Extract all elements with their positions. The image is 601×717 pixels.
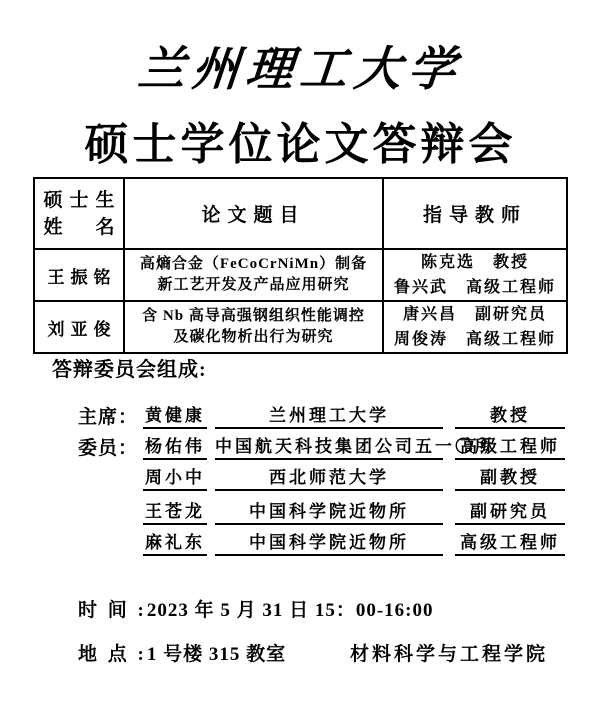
committee-row-member: 周小中 西北师范大学 副教授 — [78, 465, 565, 491]
advisor-2: 周俊涛 高级工程师 — [384, 327, 566, 352]
member-org: 中国科学院近物所 — [215, 497, 443, 525]
advisor-1: 唐兴昌 副研究员 — [384, 302, 566, 327]
committee-row-member: 王苍龙 中国科学院近物所 副研究员 — [78, 499, 565, 525]
chair-label: 主席： — [78, 402, 141, 429]
university-logo-calligraphy: 兰州理工大学 — [0, 32, 601, 99]
member-title: 高级工程师 — [455, 528, 565, 556]
header-student-name-line1: 硕士生 — [35, 187, 123, 214]
member-title: 副教授 — [455, 463, 565, 491]
header-advisor: 指导教师 — [383, 178, 567, 249]
student-name: 刘亚俊 — [34, 301, 124, 353]
committee-row-member: 麻礼东 中国科学院近物所 高级工程师 — [78, 530, 565, 556]
page-title: 硕士学位论文答辩会 — [0, 108, 601, 172]
time-row: 时 间 :2023 年 5 月 31 日 15：00-16:00 — [78, 595, 433, 622]
header-student-name: 硕士生 姓 名 — [34, 178, 124, 249]
table-row: 王振铭 高熵合金（FeCoCrNiMn）制备 新工艺开发及产品应用研究 陈克选 … — [34, 249, 567, 301]
committee-heading: 答辩委员会组成: — [52, 353, 207, 382]
member-name: 周小中 — [143, 463, 207, 491]
member-title: 高级工程师 — [455, 432, 565, 460]
thesis-title-cell: 高熵合金（FeCoCrNiMn）制备 新工艺开发及产品应用研究 — [124, 249, 383, 301]
thesis-title-line2: 及碳化物析出行为研究 — [125, 327, 382, 348]
thesis-title-line1: 高熵合金（FeCoCrNiMn）制备 — [125, 254, 382, 275]
location-value: 1 号楼 315 教室 — [147, 644, 286, 665]
thesis-title-line2: 新工艺开发及产品应用研究 — [125, 275, 382, 296]
member-title: 教授 — [455, 401, 565, 429]
member-org: 中国科学院近物所 — [215, 528, 443, 556]
location-row: 地 点 :1 号楼 315 教室 材料科学与工程学院 — [78, 639, 578, 666]
member-label: 委员： — [78, 433, 141, 460]
thesis-title-cell: 含 Nb 高导高强钢组织性能调控 及碳化物析出行为研究 — [124, 301, 383, 353]
member-name: 王苍龙 — [143, 497, 207, 525]
time-label: 时 间 : — [78, 600, 147, 621]
header-student-name-line2: 姓 名 — [35, 214, 123, 241]
committee-row-chair: 主席： 黄健康 兰州理工大学 教授 — [78, 403, 565, 429]
table-row: 刘亚俊 含 Nb 高导高强钢组织性能调控 及碳化物析出行为研究 唐兴昌 副研究员… — [34, 301, 567, 353]
thesis-title-line1: 含 Nb 高导高强钢组织性能调控 — [125, 306, 382, 327]
defense-table: 硕士生 姓 名 论文题目 指导教师 王振铭 高熵合金（FeCoCrNiMn）制备… — [33, 177, 568, 354]
advisor-cell: 唐兴昌 副研究员 周俊涛 高级工程师 — [383, 301, 567, 353]
committee-row-member: 委员： 杨佑伟 中国航天科技集团公司五一〇所 高级工程师 — [78, 434, 565, 460]
member-org: 兰州理工大学 — [215, 401, 443, 429]
table-header-row: 硕士生 姓 名 论文题目 指导教师 — [34, 178, 567, 249]
department-name: 材料科学与工程学院 — [350, 639, 548, 666]
time-value: 2023 年 5 月 31 日 15：00-16:00 — [147, 600, 434, 621]
member-title: 副研究员 — [455, 497, 565, 525]
defense-announcement-page: 兰州理工大学 硕士学位论文答辩会 硕士生 姓 名 论文题目 指导教师 王振铭 高… — [0, 0, 601, 717]
member-name: 杨佑伟 — [143, 432, 207, 460]
advisor-2: 鲁兴武 高级工程师 — [384, 275, 566, 300]
advisor-cell: 陈克选 教授 鲁兴武 高级工程师 — [383, 249, 567, 301]
member-org: 中国航天科技集团公司五一〇所 — [215, 432, 443, 460]
student-name: 王振铭 — [34, 249, 124, 301]
member-org: 西北师范大学 — [215, 463, 443, 491]
member-name: 麻礼东 — [143, 528, 207, 556]
location-label: 地 点 : — [78, 644, 147, 665]
member-name: 黄健康 — [143, 401, 207, 429]
advisor-1: 陈克选 教授 — [384, 250, 566, 275]
header-thesis-title: 论文题目 — [124, 178, 383, 249]
